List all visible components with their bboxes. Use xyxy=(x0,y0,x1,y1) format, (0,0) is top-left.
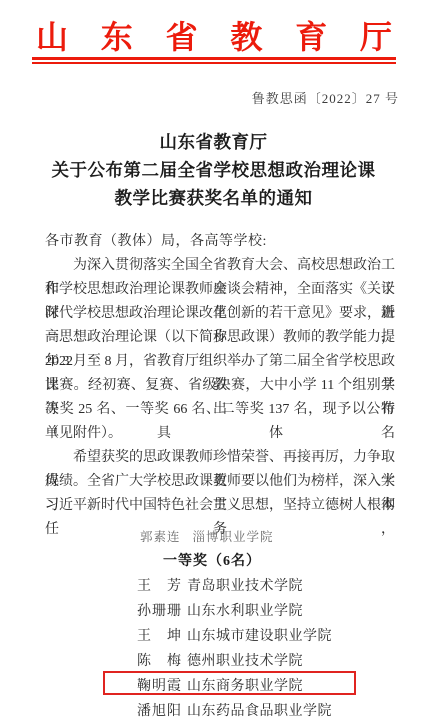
award-entry: 王 坤 山东城市建设职业学院 xyxy=(103,624,356,649)
awardee-name: 郭素连 xyxy=(140,530,181,544)
awardee-school: 山东商务职业学院 xyxy=(187,674,303,699)
awardee-school: 德州职业技术学院 xyxy=(187,649,303,674)
award-entry: 陈 梅 德州职业技术学院 xyxy=(103,649,356,674)
awardee-school: 山东城市建设职业学院 xyxy=(187,624,332,649)
salutation: 各市教育（教体）局，各高等学校: xyxy=(45,230,395,250)
paragraph-line: 时代学校思想政治理论课改革创新的若干意见》要求，进一步提 xyxy=(45,302,395,326)
awardee-school: 山东药品食品职业学院 xyxy=(187,699,332,722)
letterhead-double-rule xyxy=(32,57,396,64)
notice-title-line: 教学比赛获奖名单的通知 xyxy=(0,184,427,212)
awardee-name: 陈 梅 xyxy=(137,649,187,674)
paragraph-line: 和学校思想政治理论课教师座谈会精神，全面落实《关于深化新 xyxy=(45,278,395,302)
paragraph-line: 比赛。经初赛、复赛、省级决赛，大中小学 11 个组别共决出特 xyxy=(45,374,395,398)
paragraph-1: 为深入贯彻落实全国全省教育大会、高校思想政治工作会议 和学校思想政治理论课教师座… xyxy=(45,254,395,446)
award-entry-highlighted: 鞠明霞 山东商务职业学院 xyxy=(103,674,356,699)
awardee-school: 山东水利职业学院 xyxy=(187,599,303,624)
awardee-name: 王 芳 xyxy=(137,574,187,599)
notice-title-line: 关于公布第二届全省学校思想政治理论课 xyxy=(0,156,427,184)
award-entry: 孙珊珊 山东水利职业学院 xyxy=(103,599,356,624)
paragraph-line: 成绩。全省广大学校思政课教师要以他们为榜样，深入学习贯彻 xyxy=(45,470,395,494)
notice-title: 山东省教育厅 关于公布第二届全省学校思想政治理论课 教学比赛获奖名单的通知 xyxy=(0,128,427,212)
notice-title-line: 山东省教育厅 xyxy=(0,128,427,156)
doc-number: 鲁教思函〔2022〕27 号 xyxy=(252,88,399,107)
document-page: 山 东 省 教 育 厅 鲁教思函〔2022〕27 号 山东省教育厅 关于公布第二… xyxy=(0,0,427,722)
paragraph-line: 为深入贯彻落实全国全省教育大会、高校思想政治工作会议 xyxy=(45,254,395,278)
award-section-header: 一等奖（6名） xyxy=(163,550,261,570)
awardee-school: 淄博职业学院 xyxy=(193,530,274,544)
paragraph-line: 等奖 25 名、一等奖 66 名、二等奖 137 名，现予以公布（具体名 xyxy=(45,398,395,422)
awardee-name: 鞠明霞 xyxy=(137,674,187,699)
award-entries-list: 王 芳 青岛职业技术学院 孙珊珊 山东水利职业学院 王 坤 山东城市建设职业学院… xyxy=(103,574,356,722)
awardee-name: 孙珊珊 xyxy=(137,599,187,624)
award-entry: 王 芳 青岛职业技术学院 xyxy=(103,574,356,599)
awardee-name: 王 坤 xyxy=(137,624,187,649)
paragraph-line: 高思想政治理论课（以下简称思政课）教师的教学能力，2022 xyxy=(45,326,395,350)
award-entry: 潘旭阳 山东药品食品职业学院 xyxy=(103,699,356,722)
paragraph-line: 习近平新时代中国特色社会主义思想，坚持立德树人根本任务， xyxy=(45,494,395,518)
awardee-name: 潘旭阳 xyxy=(137,699,187,722)
awardee-school: 青岛职业技术学院 xyxy=(187,574,303,599)
letterhead-org-name: 山 东 省 教 育 厅 xyxy=(36,18,392,56)
paragraph-line: 年 3 月至 8 月，省教育厅组织举办了第二届全省学校思政课教学 xyxy=(45,350,395,374)
paragraph-2: 希望获奖的思政课教师珍惜荣誉、再接再厉，力争取得更大 成绩。全省广大学校思政课教… xyxy=(45,446,395,518)
award-entry-carryover: 郭素连淄博职业学院 xyxy=(140,527,274,545)
paragraph-line: 希望获奖的思政课教师珍惜荣誉、再接再厉，力争取得更大 xyxy=(45,446,395,470)
